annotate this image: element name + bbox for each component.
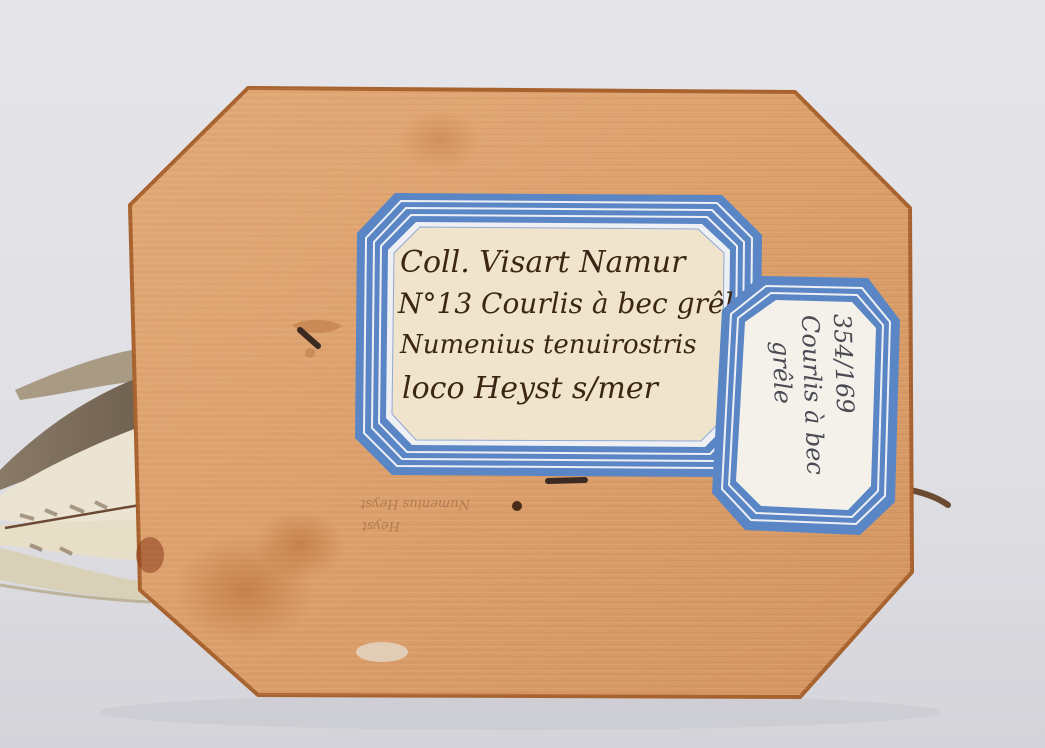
photo-canvas: Heyst Numenius Heyst Coll. Visart Namur … — [0, 0, 1045, 748]
catalog-label-line-2: Courlis à bec — [796, 314, 830, 475]
bird-feathers — [0, 348, 150, 602]
feather-tip — [910, 490, 948, 505]
nail-bottom — [548, 480, 585, 481]
main-label: Coll. Visart Namur N°13 Courlis à bec gr… — [355, 193, 762, 477]
main-label-line-3: Numenius tenuirostris — [399, 330, 697, 360]
main-label-line-2: N°13 Courlis à bec grêle — [397, 287, 750, 320]
base-shadow — [100, 694, 940, 730]
svg-text:Numenius Heyst: Numenius Heyst — [359, 496, 471, 511]
catalog-label-line-3: grêle — [767, 340, 797, 404]
catalog-label-number: 354/169 — [828, 313, 859, 414]
paint-mark — [356, 642, 408, 662]
main-label-line-1: Coll. Visart Namur — [400, 245, 687, 280]
nail-hole — [512, 501, 522, 511]
catalog-label: 354/169 Courlis à bec grêle — [712, 276, 900, 535]
specimen-photo: Heyst Numenius Heyst Coll. Visart Namur … — [0, 0, 1045, 748]
svg-text:Heyst: Heyst — [361, 518, 401, 533]
main-label-line-4: loco Heyst s/mer — [402, 371, 660, 406]
